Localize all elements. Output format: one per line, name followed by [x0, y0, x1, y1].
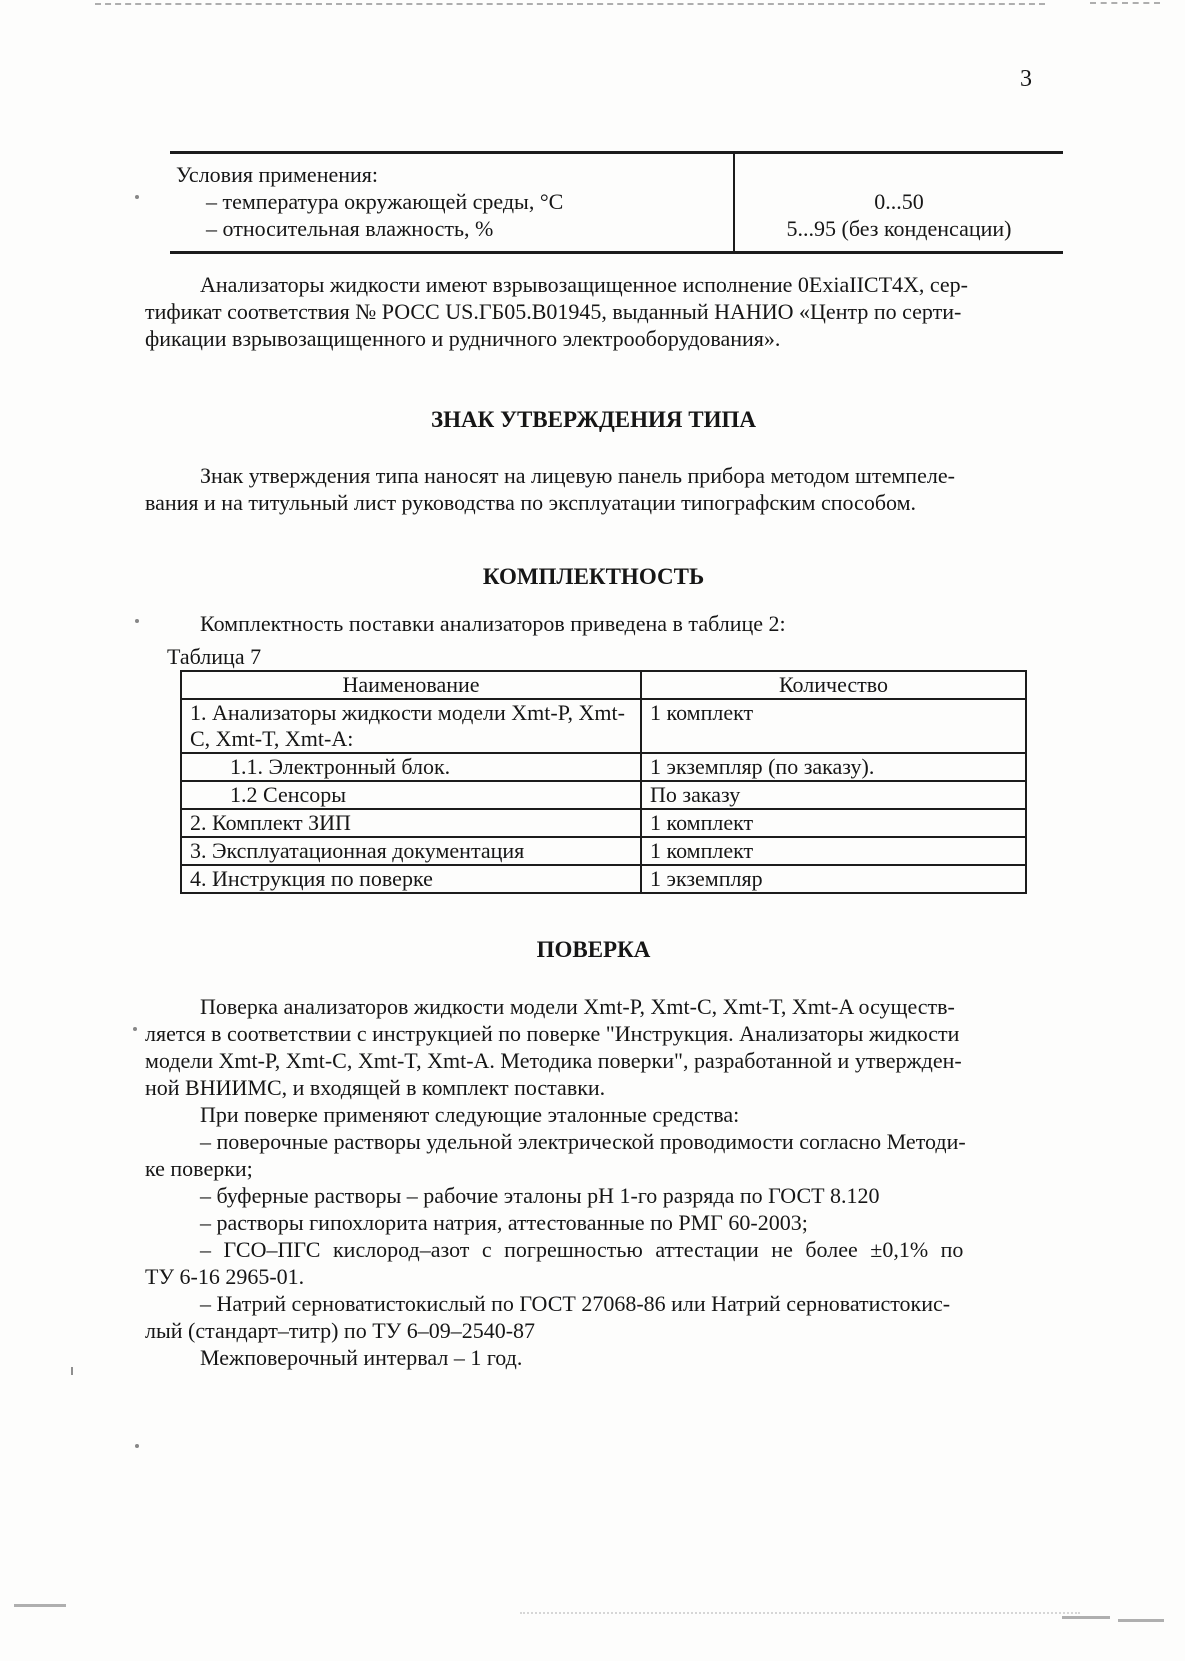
scan-speck	[133, 1027, 137, 1031]
table-row: 1.1. Электронный блок. 1 экземпляр (по з…	[181, 753, 1026, 781]
intro-paragraph: Анализаторы жидкости имеют взрывозащищен…	[145, 271, 1042, 352]
column-header-name: Наименование	[181, 671, 641, 699]
table-row: 1.2 Сенсоры По заказу	[181, 781, 1026, 809]
scan-artifact-bottom-left	[14, 1604, 66, 1607]
cell-quantity: 1 экземпляр	[641, 865, 1026, 893]
scan-artifact-bottom	[520, 1612, 1080, 1614]
completeness-table: Наименование Количество 1. Анализаторы ж…	[180, 670, 1027, 894]
section-heading-verification: ПОВЕРКА	[145, 937, 1042, 963]
paragraph-line: лый (стандарт–титр) по ТУ 6–09–2540-87	[145, 1317, 1042, 1344]
paragraph-line: Поверка анализаторов жидкости модели Xmt…	[145, 993, 1042, 1020]
paragraph-line: модели Xmt-P, Xmt-C, Xmt-T, Xmt-A. Метод…	[145, 1047, 1042, 1074]
paragraph-line: Знак утверждения типа наносят на лицевую…	[145, 462, 1042, 489]
conditions-table-right-column: 0...50 5...95 (без конденсации)	[733, 154, 1063, 251]
table-row: 1. Анализаторы жидкости модели Xmt-P, Xm…	[181, 699, 1026, 753]
cell-quantity: 1 комплект	[641, 699, 1026, 753]
scan-speck	[71, 1367, 73, 1375]
paragraph-line: – поверочные растворы удельной электриче…	[145, 1128, 1042, 1155]
paragraph-line: – ГСО–ПГС кислород–азот с погрешностью а…	[145, 1236, 1042, 1263]
page-number: 3	[1020, 66, 1032, 93]
cell-quantity: 1 комплект	[641, 837, 1026, 865]
conditions-table-left-column: Условия применения: – температура окружа…	[170, 154, 733, 251]
paragraph-line: – растворы гипохлорита натрия, аттестова…	[145, 1209, 1042, 1236]
paragraph-line: ной ВНИИМС, и входящей в комплект постав…	[145, 1074, 1042, 1101]
paragraph-line: – буферные растворы – рабочие эталоны рН…	[145, 1182, 1042, 1209]
scan-speck	[135, 1444, 139, 1448]
section-heading-completeness: КОМПЛЕКТНОСТЬ	[145, 564, 1042, 590]
paragraph-line: ляется в соответствии с инструкцией по п…	[145, 1020, 1042, 1047]
cell-name: 2. Комплект ЗИП	[181, 809, 641, 837]
scan-speck	[135, 195, 139, 199]
conditions-title: Условия применения:	[176, 161, 733, 188]
document-page: 3 Условия применения: – температура окру…	[0, 0, 1185, 1661]
table-row: 2. Комплект ЗИП 1 комплект	[181, 809, 1026, 837]
cell-name: 1. Анализаторы жидкости модели Xmt-P, Xm…	[181, 699, 641, 753]
cell-quantity: 1 комплект	[641, 809, 1026, 837]
cell-name: 1.1. Электронный блок.	[181, 753, 641, 781]
paragraph-line: вания и на титульный лист руководства по…	[145, 489, 1042, 516]
table-row: 4. Инструкция по поверке 1 экземпляр	[181, 865, 1026, 893]
completeness-intro: Комплектность поставки анализаторов прив…	[145, 610, 1042, 637]
section-heading-type-approval: ЗНАК УТВЕРЖДЕНИЯ ТИПА	[145, 407, 1042, 433]
condition-label-humidity: – относительная влажность, %	[176, 215, 733, 242]
verification-paragraph: Поверка анализаторов жидкости модели Xmt…	[145, 993, 1042, 1371]
cell-name: 4. Инструкция по поверке	[181, 865, 641, 893]
type-approval-paragraph: Знак утверждения типа наносят на лицевую…	[145, 462, 1042, 516]
conditions-table: Условия применения: – температура окружа…	[170, 151, 1063, 254]
cell-quantity: 1 экземпляр (по заказу).	[641, 753, 1026, 781]
paragraph-line: – Натрий серноватистокислый по ГОСТ 2706…	[145, 1290, 1042, 1317]
paragraph-line: При поверке применяют следующие эталонны…	[145, 1101, 1042, 1128]
column-header-quantity: Количество	[641, 671, 1026, 699]
cell-quantity: По заказу	[641, 781, 1026, 809]
table-label: Таблица 7	[167, 643, 261, 670]
cell-name: 3. Эксплуатационная документация	[181, 837, 641, 865]
table-header-row: Наименование Количество	[181, 671, 1026, 699]
scan-artifact-bottom-right	[1062, 1616, 1110, 1619]
condition-value-humidity: 5...95 (без конденсации)	[735, 215, 1063, 242]
table-row: 3. Эксплуатационная документация 1 компл…	[181, 837, 1026, 865]
paragraph-line: Анализаторы жидкости имеют взрывозащищен…	[145, 271, 1042, 298]
paragraph-line: тификат соответствия № РОСС US.ГБ05.В019…	[145, 298, 1042, 325]
condition-label-temperature: – температура окружающей среды, °С	[176, 188, 733, 215]
scan-speck	[135, 619, 139, 623]
paragraph-line: Комплектность поставки анализаторов прив…	[145, 610, 1042, 637]
cell-name: 1.2 Сенсоры	[181, 781, 641, 809]
scan-artifact-bottom-right	[1118, 1619, 1164, 1622]
condition-value-temperature: 0...50	[735, 188, 1063, 215]
paragraph-line: фикации взрывозащищенного и рудничного э…	[145, 325, 1042, 352]
paragraph-line: ке поверки;	[145, 1155, 1042, 1182]
paragraph-line: ТУ 6-16 2965-01.	[145, 1263, 1042, 1290]
paragraph-line: Межповерочный интервал – 1 год.	[145, 1344, 1042, 1371]
scan-artifact-top	[95, 3, 1045, 5]
scan-artifact-top-right	[1090, 2, 1160, 4]
